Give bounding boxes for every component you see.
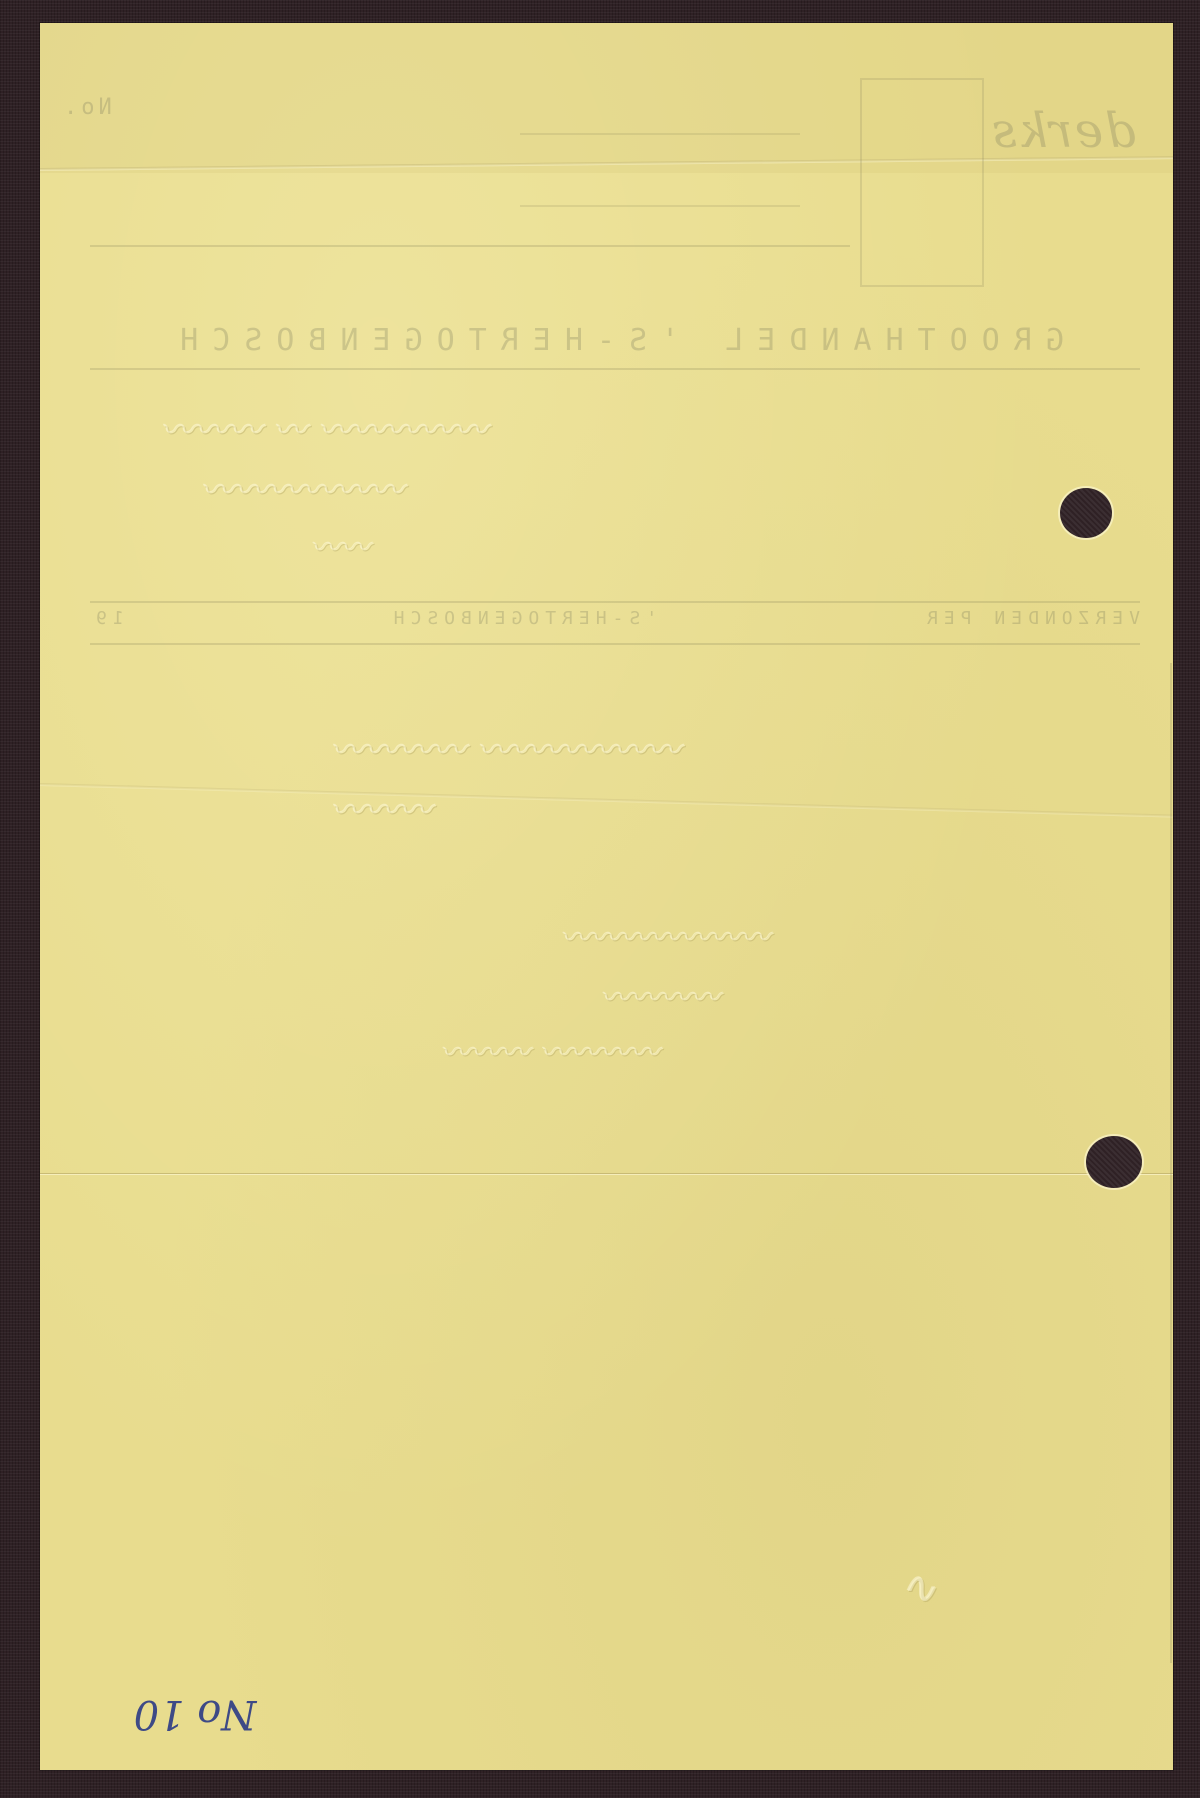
handwritten-annotation: No 10 bbox=[125, 1691, 265, 1737]
show-through-logo: derks bbox=[990, 103, 1136, 159]
show-through-rule bbox=[90, 601, 1140, 603]
embossed-handwriting-line: 〰〰〰 〰 〰〰〰〰〰 bbox=[160, 403, 488, 452]
punch-hole bbox=[1086, 1136, 1142, 1188]
show-through-address-block bbox=[520, 133, 800, 207]
show-through-rule bbox=[90, 368, 1140, 370]
show-through-shipping-row: VERZONDEN PER 'S-HERTOGENBOSCH 19 bbox=[90, 608, 1140, 629]
embossed-handwriting-line: 〰〰〰〰 〰〰〰〰〰〰 bbox=[330, 723, 681, 772]
embossed-handwriting-line: 〰〰〰〰〰〰〰 bbox=[560, 913, 770, 957]
embossed-handwriting-line: 〰〰 bbox=[310, 523, 370, 567]
show-through-ref-number: No. bbox=[60, 95, 112, 120]
shipping-label: VERZONDEN PER bbox=[921, 608, 1140, 629]
embossed-handwriting-line: 〰〰〰 〰〰〰〰 bbox=[440, 1028, 660, 1072]
show-through-margin bbox=[1170, 663, 1172, 1663]
shipping-year: 19 bbox=[90, 608, 124, 629]
embossed-handwriting-line: 〰〰〰 bbox=[330, 783, 432, 832]
show-through-logo-frame bbox=[860, 78, 984, 287]
shipping-city: 'S-HERTOGENBOSCH bbox=[388, 608, 657, 629]
embossed-handwriting-line: 〰〰〰〰 bbox=[600, 973, 720, 1017]
show-through-rule bbox=[90, 643, 1140, 645]
show-through-rule bbox=[90, 245, 850, 247]
paper-crease bbox=[40, 783, 1173, 818]
show-through-banner: GROOTHANDEL 'S-HERTOGENBOSCH bbox=[90, 323, 1140, 358]
embossed-handwriting-line: 〰〰〰〰〰〰 bbox=[200, 463, 404, 512]
fold-line bbox=[40, 1173, 1173, 1174]
document-sheet: No. derks GROOTHANDEL 'S-HERTOGENBOSCH V… bbox=[40, 23, 1173, 1770]
punch-hole bbox=[1060, 488, 1112, 538]
embossed-signature: ∿ bbox=[900, 1563, 937, 1614]
